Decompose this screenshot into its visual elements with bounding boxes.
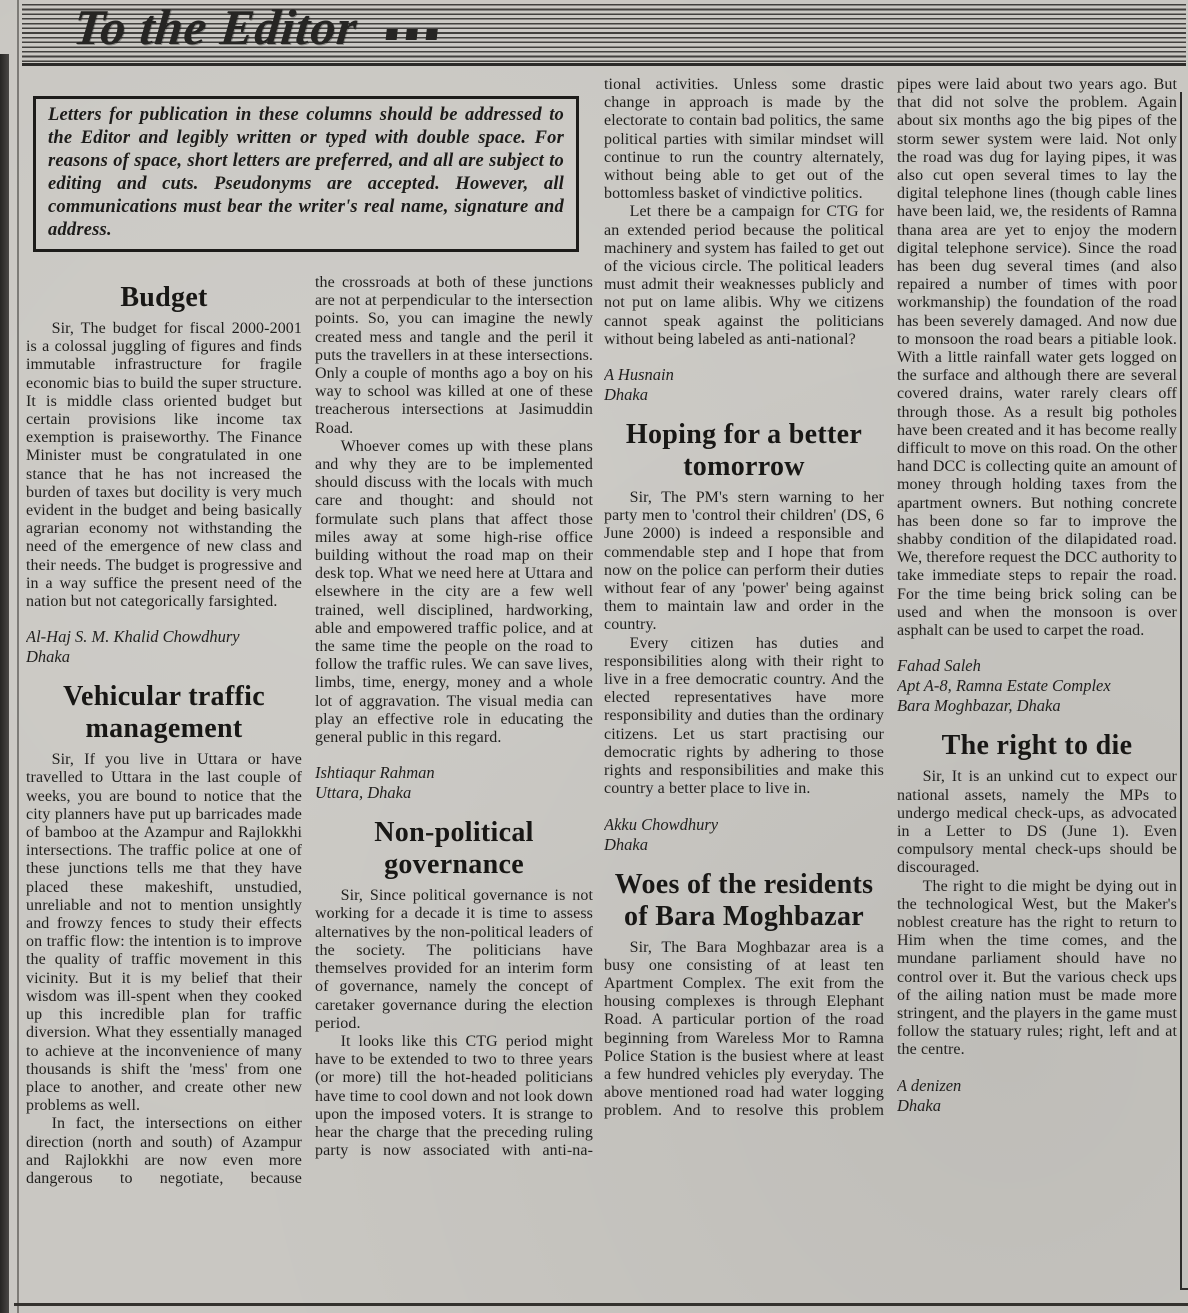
masthead-title-text: To the Editor xyxy=(71,0,360,55)
editor-notice-box: Letters for publication in these columns… xyxy=(33,96,579,252)
letter-signature: A Husnain Dhaka xyxy=(604,365,884,405)
scan-edge-bar xyxy=(0,54,9,1313)
bottom-page-rule xyxy=(14,1303,1188,1306)
letter-paragraph: Every citizen has duties and responsibil… xyxy=(604,635,884,799)
letter-heading-non-political: Non-political governance xyxy=(315,817,593,881)
letter-paragraph: Sir, If you live in Uttara or have trave… xyxy=(26,751,302,1115)
editor-notice-text: Letters for publication in these columns… xyxy=(48,104,564,242)
letter-heading-hoping: Hoping for a better tomorrow xyxy=(604,419,884,483)
column-3: tional activities. Unless some drastic c… xyxy=(604,76,884,1298)
masthead-title: To the Editor xyxy=(71,0,451,56)
letter-signature: Fahad Saleh Apt A-8, Ramna Estate Comple… xyxy=(897,656,1177,716)
letter-paragraph-continued: It looks like this CTG period might have… xyxy=(315,1033,593,1160)
ellipsis-dots xyxy=(384,0,450,56)
letter-signature: Akku Chowdhury Dhaka xyxy=(604,815,884,855)
letter-paragraph: Let there be a campaign for CTG for an e… xyxy=(604,203,884,349)
letter-paragraph-continuation: the crossroads at both of these junction… xyxy=(315,274,593,438)
right-adjacent-box-rule xyxy=(1180,92,1182,1290)
column-4: pipes were laid about two years ago. But… xyxy=(897,76,1177,1298)
letter-signature: Al-Haj S. M. Khalid Chowdhury Dhaka xyxy=(26,627,302,667)
letter-paragraph-continued: Sir, The Bara Moghbazar area is a busy o… xyxy=(604,939,884,1121)
newspaper-page: To the Editor Letters for publication in… xyxy=(0,0,1188,1313)
column-1: Budget Sir, The budget for fiscal 2000-2… xyxy=(26,280,302,1298)
column-2: the crossroads at both of these junction… xyxy=(315,274,593,1298)
letter-heading-woes: Woes of the residents of Bara Moghbazar xyxy=(604,869,884,933)
letter-paragraph: Sir, The budget for fiscal 2000-2001 is … xyxy=(26,320,302,611)
letter-paragraph: Sir, Since political governance is not w… xyxy=(315,887,593,1033)
letter-paragraph: Sir, The PM's stern warning to her party… xyxy=(604,489,884,635)
letter-heading-budget: Budget xyxy=(26,282,302,314)
letter-signature: A denizen Dhaka xyxy=(897,1076,1177,1116)
letter-heading-vehicular-traffic: Vehicular traffic management xyxy=(26,681,302,745)
letter-paragraph: Sir, It is an unkind cut to expect our n… xyxy=(897,768,1177,877)
letter-signature: Ishtiaqur Rahman Uttara, Dhaka xyxy=(315,763,593,803)
right-adjacent-box-corner xyxy=(1180,1288,1188,1290)
letter-paragraph-continued: In fact, the intersections on either dir… xyxy=(26,1115,302,1188)
letter-paragraph: Whoever comes up with these plans and wh… xyxy=(315,438,593,747)
letter-paragraph-continuation: pipes were laid about two years ago. But… xyxy=(897,76,1177,640)
letter-paragraph-continuation: tional activities. Unless some drastic c… xyxy=(604,76,884,203)
letter-paragraph: The right to die might be dying out in t… xyxy=(897,878,1177,1060)
letter-heading-right-to-die: The right to die xyxy=(897,730,1177,762)
left-page-rule xyxy=(17,0,19,1313)
